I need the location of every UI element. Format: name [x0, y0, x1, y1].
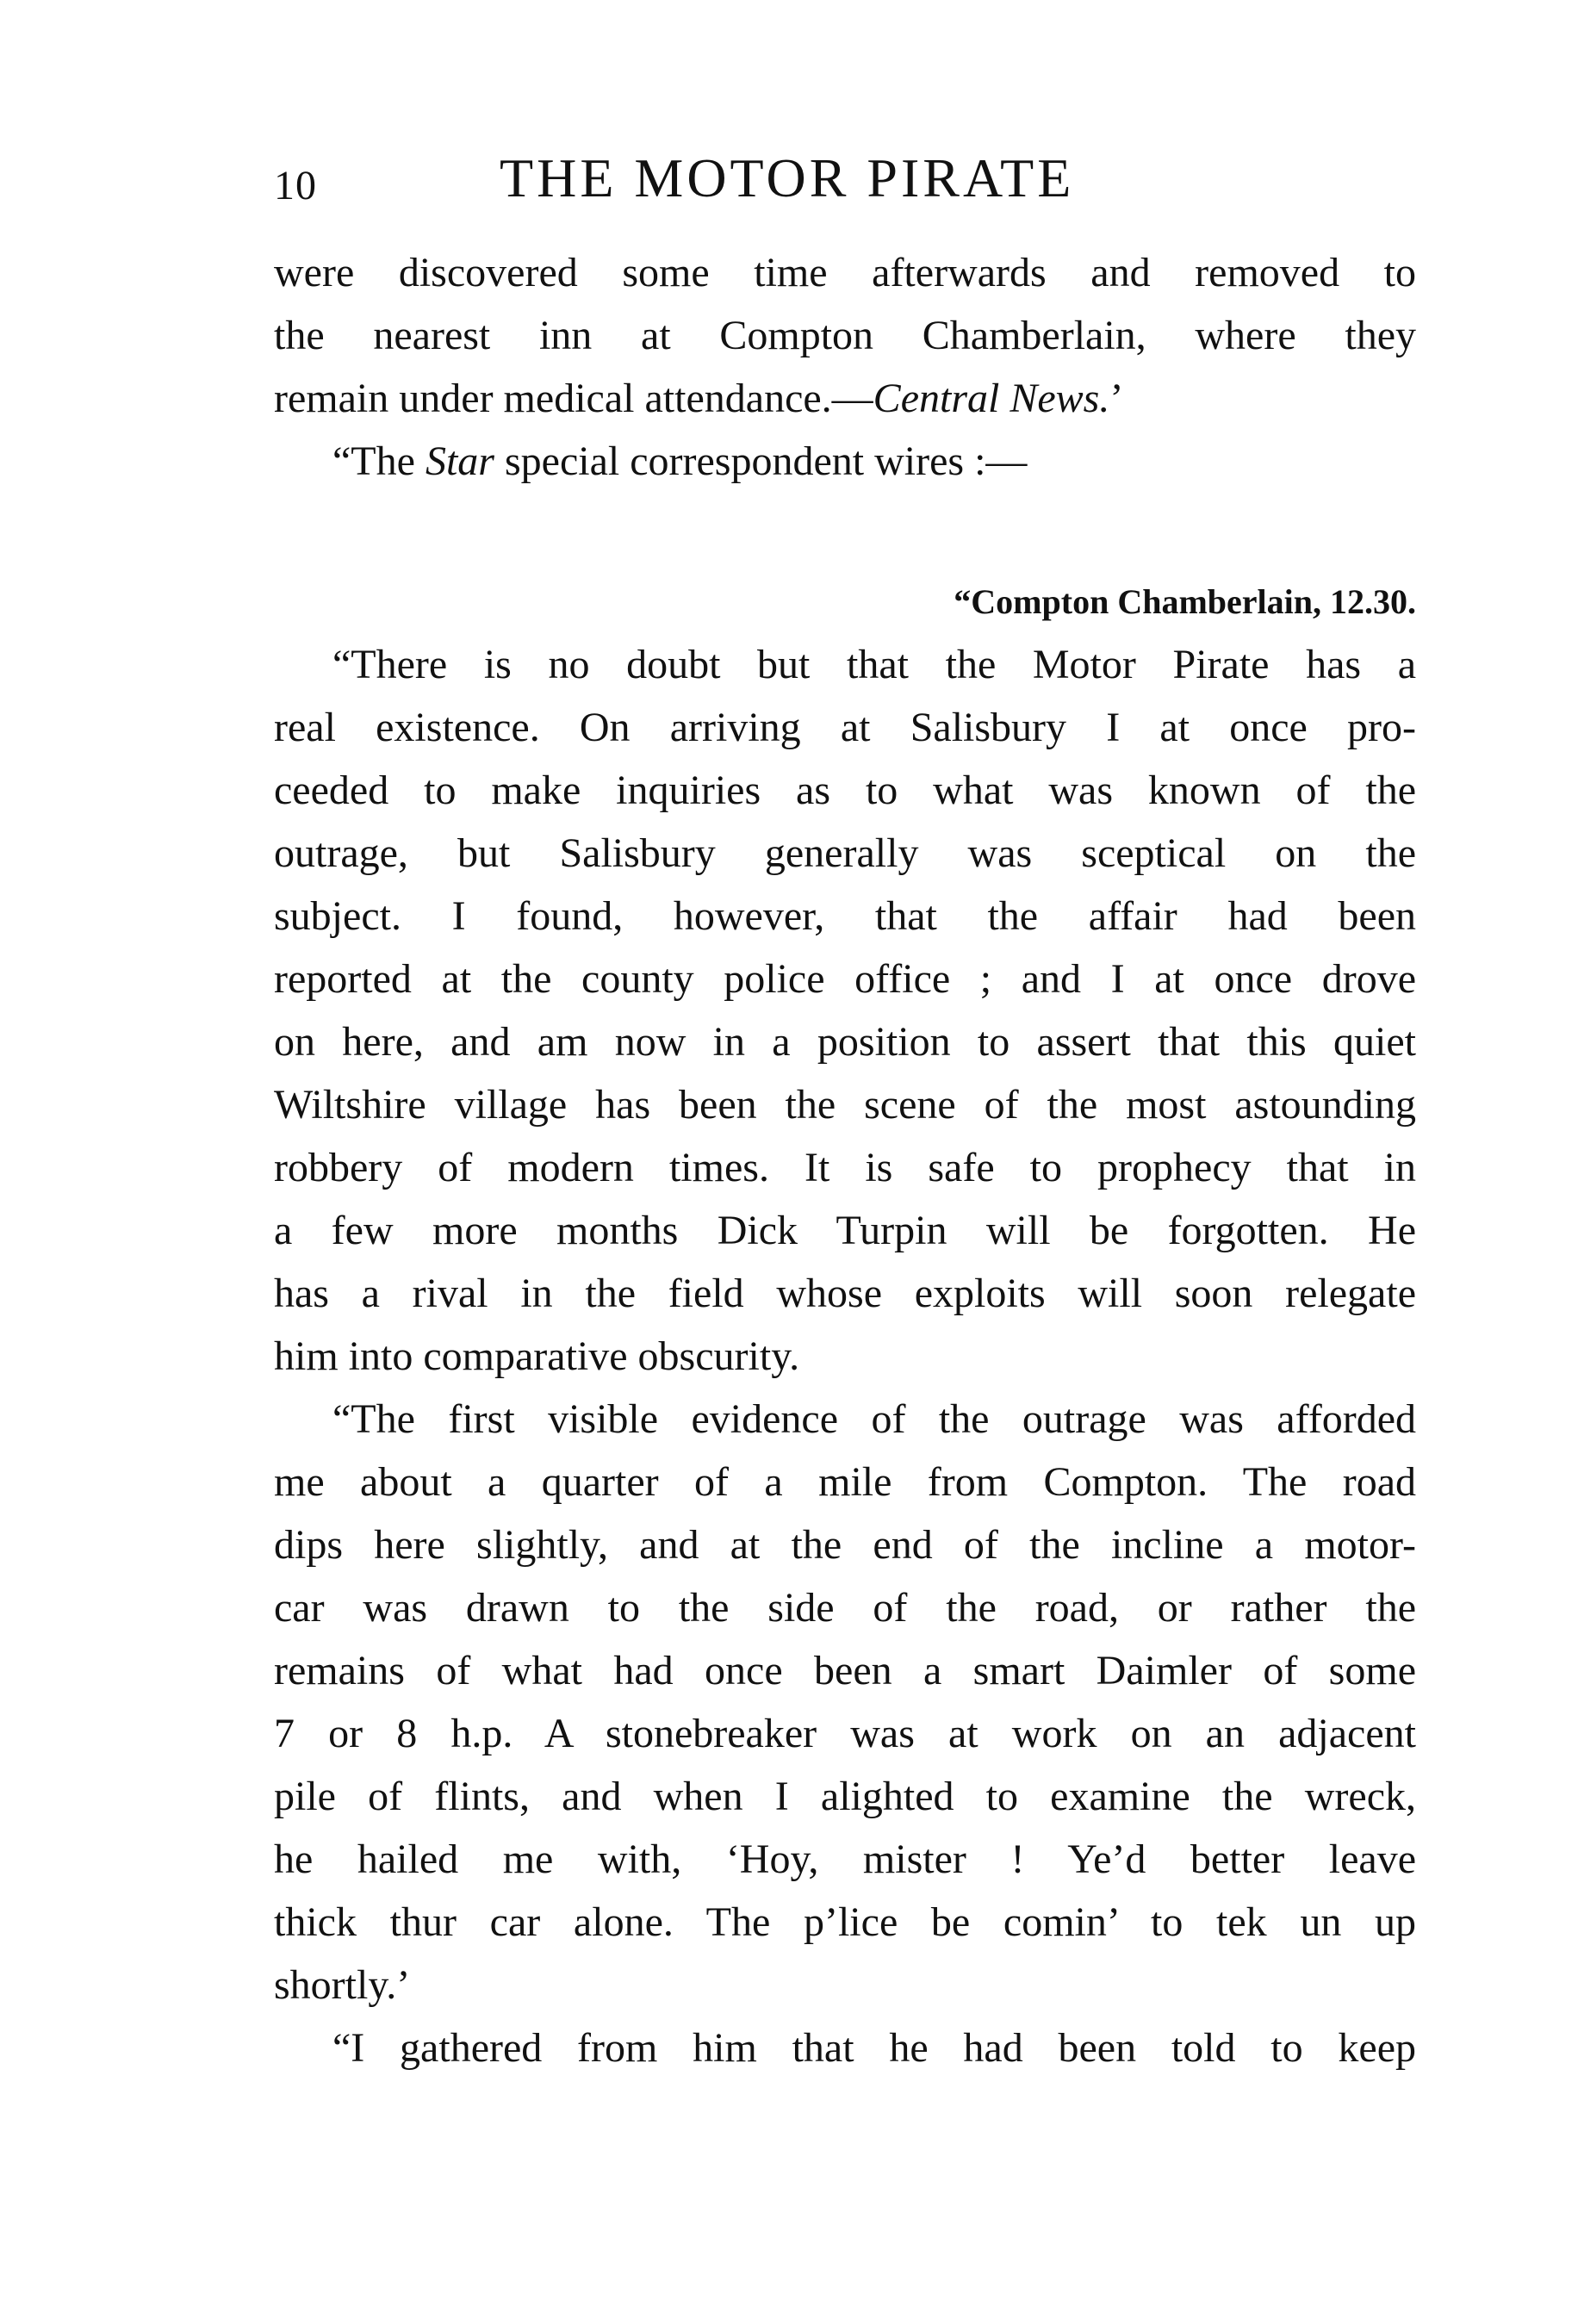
- running-head: 10 THE MOTOR PIRATE: [274, 146, 1416, 215]
- text-line: him into comparative obscurity.: [274, 1325, 1416, 1388]
- text-line: has a rival in the field whose exploits …: [274, 1262, 1416, 1325]
- text-line: “I gathered from him that he had been to…: [274, 2016, 1416, 2079]
- paragraph-first-evidence: “The first visible evidence of the outra…: [274, 1388, 1416, 2016]
- text-line: the nearest inn at Compton Chamberlain, …: [274, 304, 1416, 367]
- text-line: thick thur car alone. The p’lice be comi…: [274, 1891, 1416, 1954]
- text-fragment: remain under medical attendance.—: [274, 376, 873, 421]
- text-line: real existence. On arriving at Salisbury…: [274, 696, 1416, 759]
- closing-quote: ’: [1109, 376, 1123, 421]
- text-line: Wiltshire village has been the scene of …: [274, 1073, 1416, 1136]
- text-line: me about a quarter of a mile from Compto…: [274, 1451, 1416, 1513]
- text-line: remain under medical attendance.—Central…: [274, 367, 1416, 430]
- paragraph-gathered: “I gathered from him that he had been to…: [274, 2016, 1416, 2079]
- text-line: a few more months Dick Turpin will be fo…: [274, 1199, 1416, 1262]
- text-line: he hailed me with, ‘Hoy, mister ! Ye’d b…: [274, 1828, 1416, 1891]
- text-line: car was drawn to the side of the road, o…: [274, 1576, 1416, 1639]
- text-line: “There is no doubt but that the Motor Pi…: [274, 633, 1416, 696]
- text-line: on here, and am now in a position to ass…: [274, 1010, 1416, 1073]
- text-fragment: “The: [332, 438, 426, 484]
- text-line: outrage, but Salisbury generally was sce…: [274, 822, 1416, 885]
- paragraph-star-correspondent: “The Star special correspondent wires :—: [274, 430, 1416, 493]
- text-line: subject. I found, however, that the affa…: [274, 885, 1416, 948]
- paragraph-motor-pirate-existence: “There is no doubt but that the Motor Pi…: [274, 633, 1416, 1388]
- text-line: shortly.’: [274, 1954, 1416, 2016]
- newspaper-name: Star: [426, 438, 494, 484]
- text-line: “The Star special correspondent wires :—: [274, 430, 1416, 493]
- paragraph-continuation: were discovered some time afterwards and…: [274, 241, 1416, 430]
- text-line: reported at the county police office ; a…: [274, 948, 1416, 1010]
- text-line: robbery of modern times. It is safe to p…: [274, 1136, 1416, 1199]
- text-line: dips here slightly, and at the end of th…: [274, 1513, 1416, 1576]
- text-line: were discovered some time afterwards and…: [274, 241, 1416, 304]
- text-line: remains of what had once been a smart Da…: [274, 1639, 1416, 1702]
- text-fragment: special correspondent wires :—: [494, 438, 1027, 484]
- section-spacer: [274, 493, 1416, 570]
- book-page: 10 THE MOTOR PIRATE were discovered some…: [274, 0, 1416, 2324]
- text-line: ceeded to make inquiries as to what was …: [274, 759, 1416, 822]
- dateline: “Compton Chamberlain, 12.30.: [274, 570, 1416, 633]
- source-attribution: Central News.: [873, 376, 1110, 421]
- page-body: were discovered some time afterwards and…: [274, 241, 1416, 2079]
- text-line: “The first visible evidence of the outra…: [274, 1388, 1416, 1451]
- page-number: 10: [274, 162, 317, 209]
- running-title: THE MOTOR PIRATE: [500, 146, 1074, 210]
- text-line: 7 or 8 h.p. A stonebreaker was at work o…: [274, 1702, 1416, 1765]
- text-line: pile of flints, and when I alighted to e…: [274, 1765, 1416, 1828]
